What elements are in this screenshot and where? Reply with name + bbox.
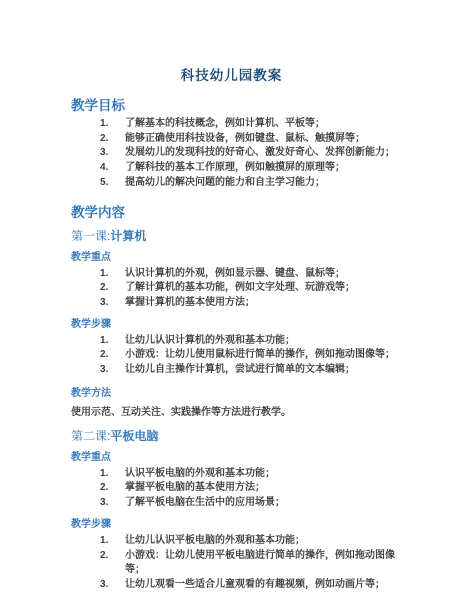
list-item: 让幼儿自主操作计算机，尝试进行简单的文本编辑； xyxy=(71,363,405,378)
teaching-goals-list: 了解基本的科技概念，例如计算机、平板等； 能够正确使用科技设备，例如键盘、鼠标、… xyxy=(71,117,405,191)
list-item: 小游戏：让幼儿使用平板电脑进行简单的操作，例如拖动图像等； xyxy=(71,549,405,578)
lesson1-name: 计算机 xyxy=(110,229,146,243)
list-item: 了解计算机的基本功能，例如文字处理、玩游戏等； xyxy=(71,281,405,296)
list-item: 让幼儿观看一些适合儿童观看的有趣视频，例如动画片等； xyxy=(71,578,405,593)
section-heading-teaching-goals: 教学目标 xyxy=(71,97,405,114)
list-item: 了解科技的基本工作原理，例如触摸屏的原理等； xyxy=(71,161,405,176)
list-item: 认识计算机的外观，例如显示器、键盘、鼠标等； xyxy=(71,267,405,282)
lesson1-title: 第一课:计算机 xyxy=(71,229,405,244)
list-item: 让幼儿认识平板电脑的外观和基本功能； xyxy=(71,534,405,549)
section-heading-teaching-content: 教学内容 xyxy=(71,204,405,221)
document-page: 科技幼儿园教案 教学目标 了解基本的科技概念，例如计算机、平板等； 能够正确使用… xyxy=(0,0,463,600)
list-item: 发展幼儿的发现科技的好奇心、激发好奇心、发挥创新能力； xyxy=(71,146,405,161)
lesson1-points-heading: 教学重点 xyxy=(71,251,405,264)
lesson1-prefix: 第一课: xyxy=(71,229,110,243)
lesson1-steps-heading: 教学步骤 xyxy=(71,318,405,331)
list-item: 让幼儿认识计算机的外观和基本功能； xyxy=(71,334,405,349)
list-item: 掌握平板电脑的基本使用方法； xyxy=(71,481,405,496)
lesson2-steps-list: 让幼儿认识平板电脑的外观和基本功能； 小游戏：让幼儿使用平板电脑进行简单的操作，… xyxy=(71,534,405,593)
lesson1-steps-list: 让幼儿认识计算机的外观和基本功能； 小游戏：让幼儿使用鼠标进行简单的操作，例如拖… xyxy=(71,334,405,378)
lesson2-points-list: 认识平板电脑的外观和基本功能； 掌握平板电脑的基本使用方法； 了解平板电脑在生活… xyxy=(71,467,405,511)
lesson1-method-text: 使用示范、互动关注、实践操作等方法进行教学。 xyxy=(71,406,405,420)
list-item: 了解基本的科技概念，例如计算机、平板等； xyxy=(71,117,405,132)
list-item: 能够正确使用科技设备，例如键盘、鼠标、触摸屏等； xyxy=(71,132,405,147)
page-title: 科技幼儿园教案 xyxy=(58,68,405,84)
lesson2-name: 平板电脑 xyxy=(110,429,158,443)
list-item: 认识平板电脑的外观和基本功能； xyxy=(71,467,405,482)
lesson2-points-heading: 教学重点 xyxy=(71,451,405,464)
list-item: 了解平板电脑在生活中的应用场景； xyxy=(71,496,405,511)
list-item: 掌握计算机的基本使用方法； xyxy=(71,296,405,311)
lesson2-title: 第二课:平板电脑 xyxy=(71,429,405,444)
list-item: 小游戏：让幼儿使用鼠标进行简单的操作，例如拖动图像等； xyxy=(71,348,405,363)
lesson2-steps-heading: 教学步骤 xyxy=(71,518,405,531)
list-item: 提高幼儿的解决问题的能力和自主学习能力； xyxy=(71,176,405,191)
lesson2-prefix: 第二课: xyxy=(71,429,110,443)
lesson1-points-list: 认识计算机的外观，例如显示器、键盘、鼠标等； 了解计算机的基本功能，例如文字处理… xyxy=(71,267,405,311)
lesson1-method-heading: 教学方法 xyxy=(71,387,405,400)
